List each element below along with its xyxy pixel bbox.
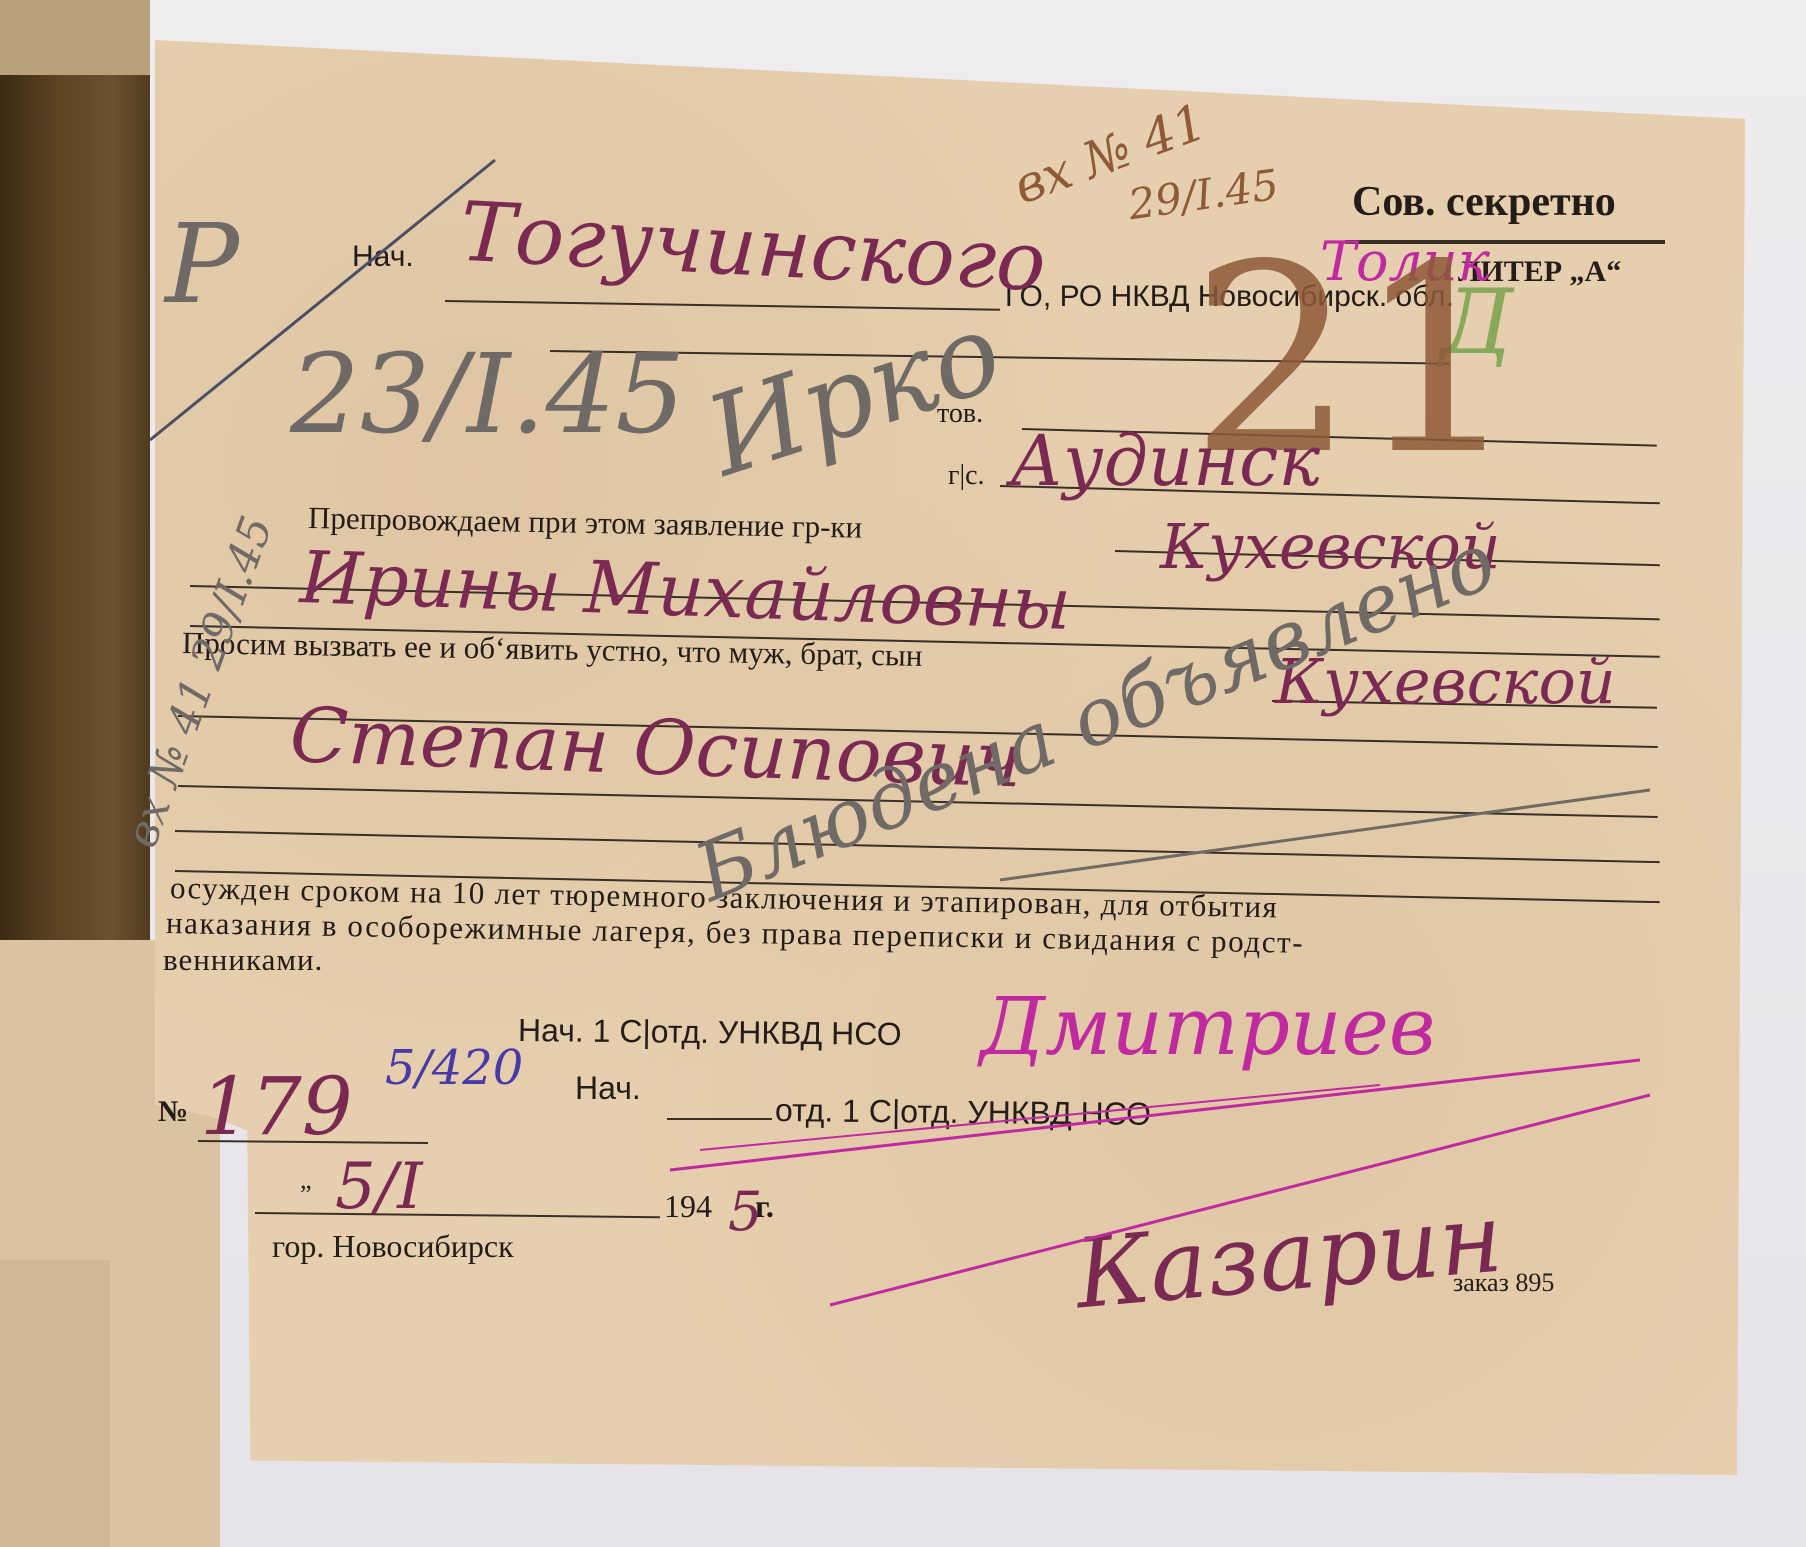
pencil-diagonal-stroke — [150, 160, 495, 440]
ink-strokes — [0, 0, 1806, 1547]
magenta-strike-1 — [670, 1060, 1640, 1170]
pencil-stroke-bottom — [1000, 790, 1650, 880]
magenta-strike-3 — [700, 1085, 1380, 1150]
